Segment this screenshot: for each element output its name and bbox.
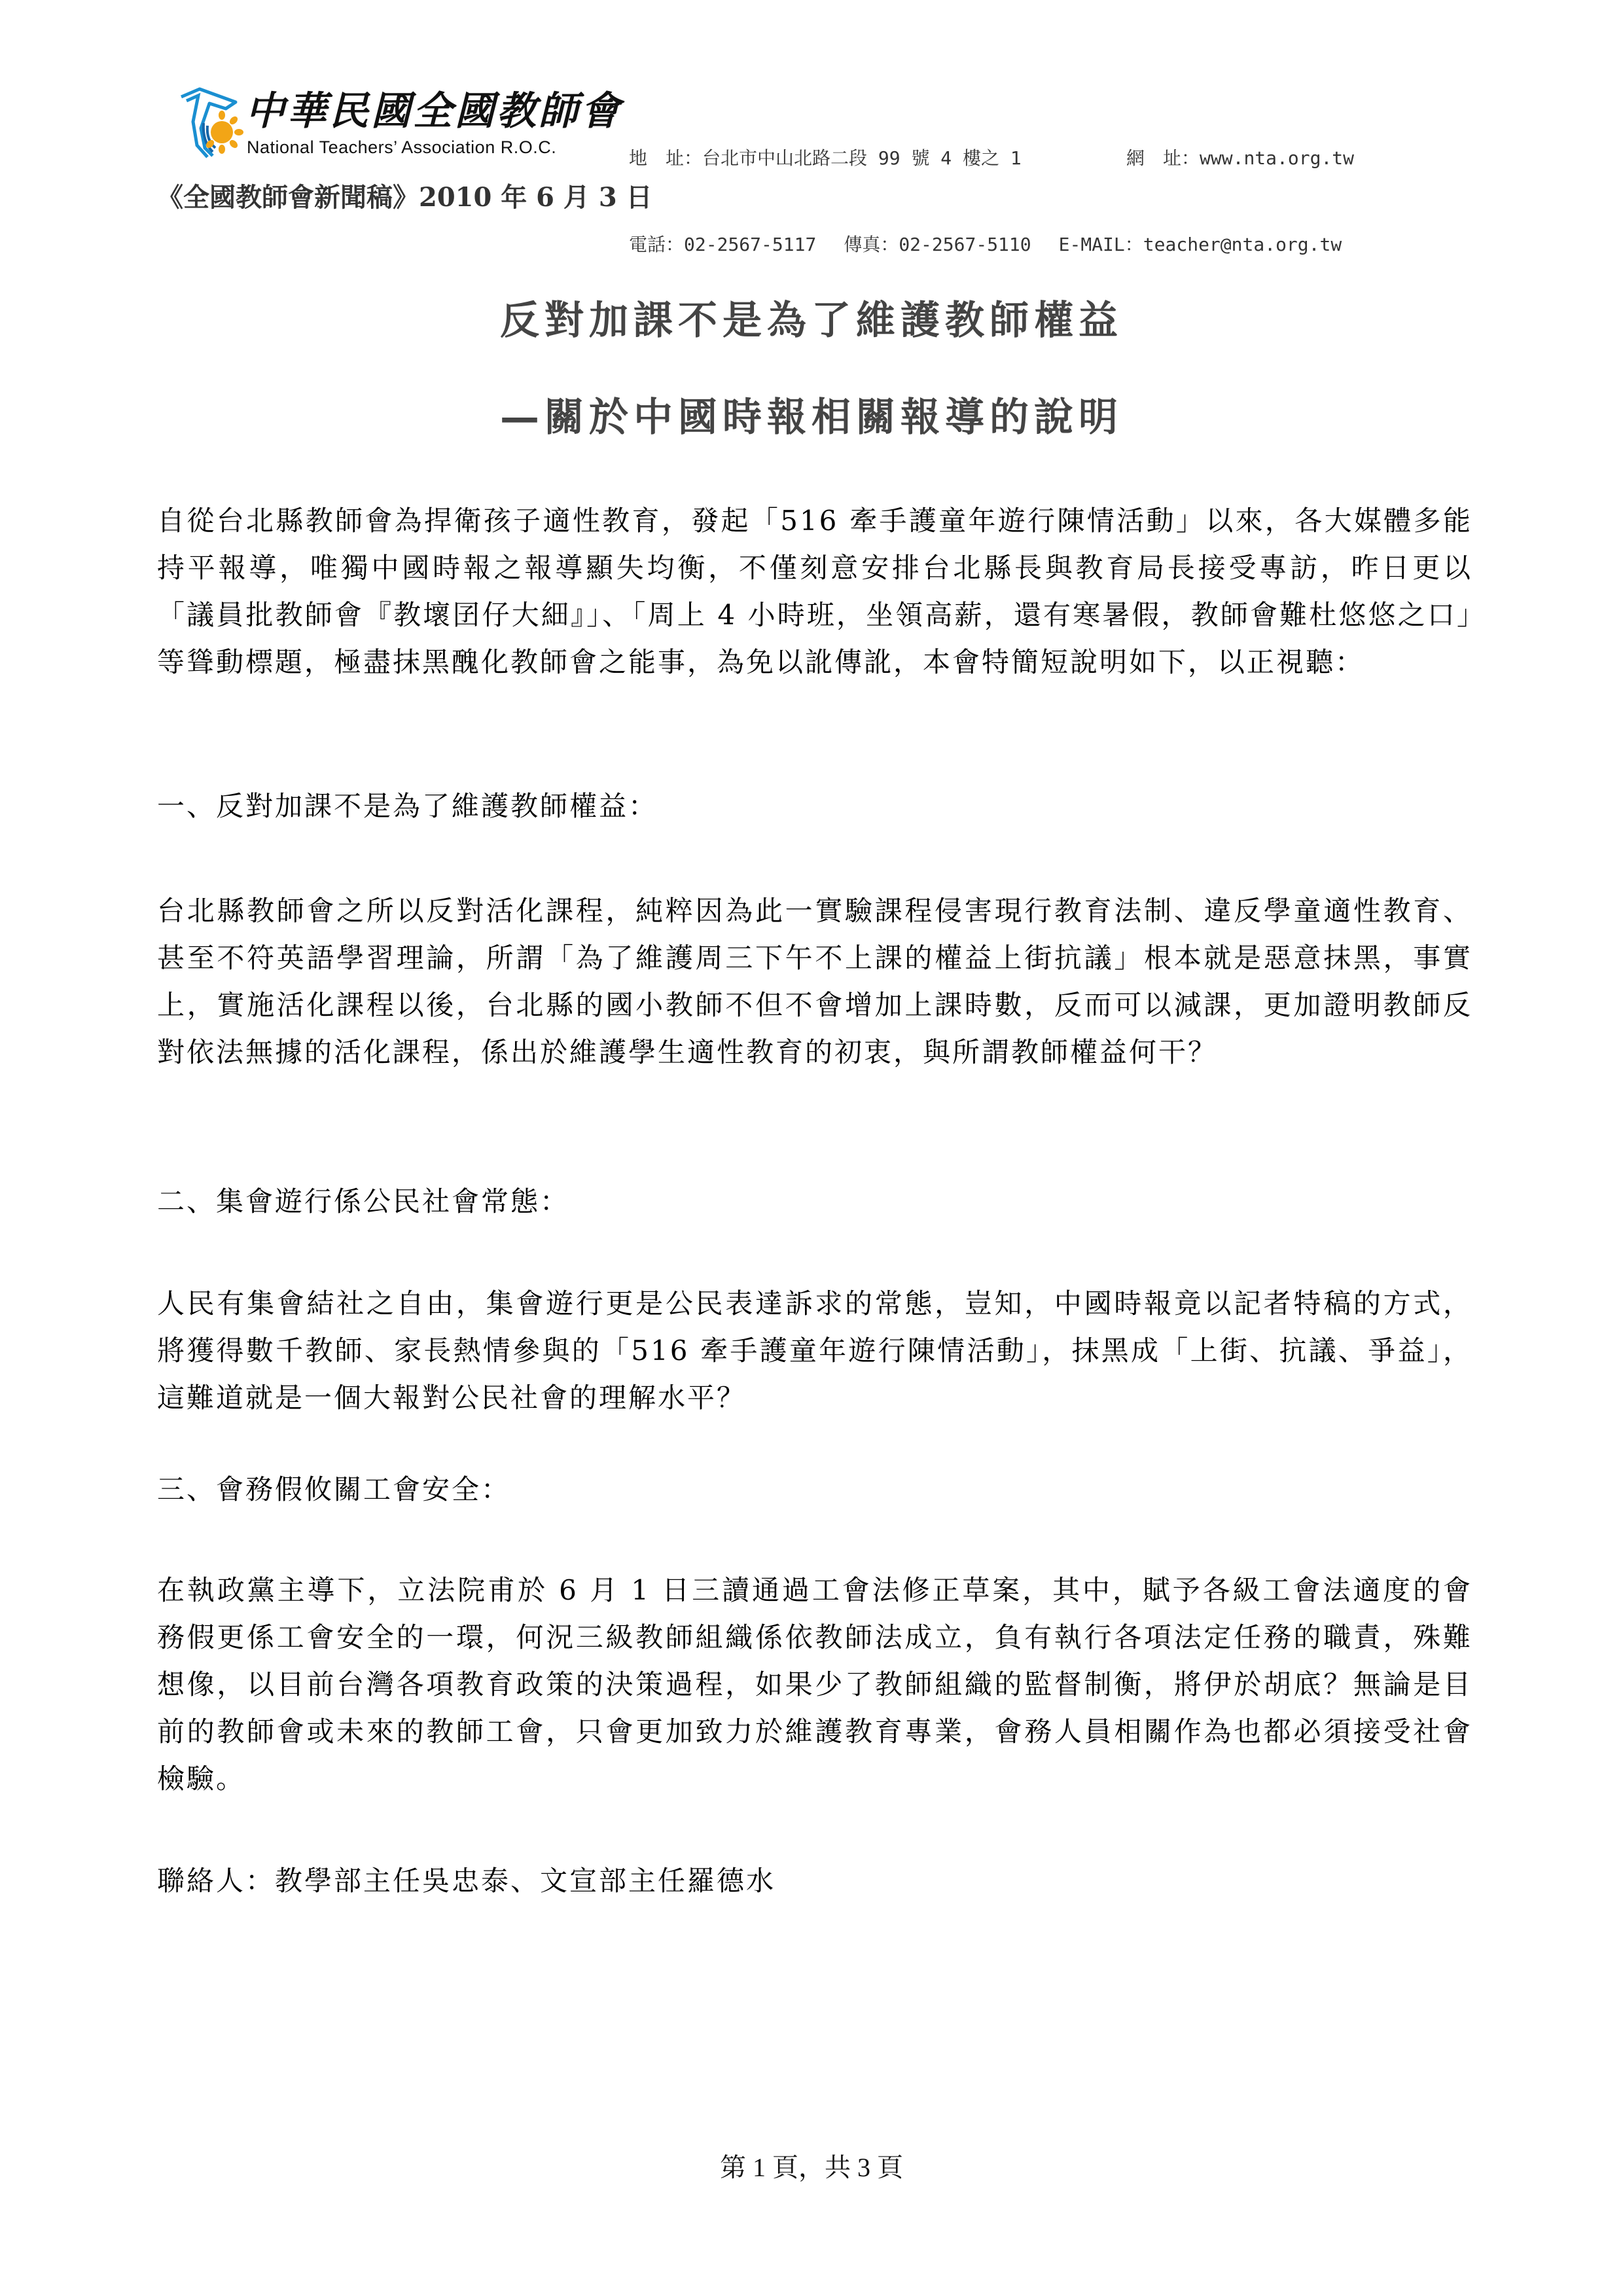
press-release-dateline: 《全國教師會新聞稿》2010 年 6 月 3 日 bbox=[157, 177, 652, 214]
fax-number: 02-2567-5110 bbox=[899, 234, 1031, 255]
website-link[interactable]: www.nta.org.tw bbox=[1200, 147, 1354, 169]
contact-info: 地 址：台北市中山北路二段 99 號 4 樓之 1 網 址：www.nta.or… bbox=[629, 86, 1354, 317]
address-label: 地 址： bbox=[629, 147, 702, 169]
page-subtitle: —關於中國時報相關報導的說明 bbox=[0, 386, 1623, 442]
email-link[interactable]: teacher@nta.org.tw bbox=[1143, 234, 1342, 255]
page-title: 反對加課不是為了維護教師權益 bbox=[0, 289, 1623, 346]
letterhead: 中華民國全國教師會 National Teachers’ Association… bbox=[167, 77, 1476, 169]
phone-label: 電話： bbox=[629, 234, 684, 255]
address: 台北市中山北路二段 99 號 4 樓之 1 bbox=[702, 147, 1022, 169]
organization-name-english: National Teachers’ Association R.O.C. bbox=[247, 137, 556, 158]
organization-logo: 中華民國全國教師會 National Teachers’ Association… bbox=[167, 77, 586, 162]
intro-paragraph: 自從台北縣教師會為捍衛孩子適性教育，發起「516 牽手護童年遊行陳情活動」以來，… bbox=[157, 497, 1472, 686]
nta-logo-icon bbox=[173, 82, 245, 161]
page-number: 第 1 頁，共 3 頁 bbox=[0, 2147, 1623, 2184]
contact-row-address: 地 址：台北市中山北路二段 99 號 4 樓之 1 網 址：www.nta.or… bbox=[629, 144, 1354, 173]
contact-row-phone: 電話：02-2567-5117 傳真：02-2567-5110 E-MAIL：t… bbox=[629, 230, 1354, 259]
section-3-heading: 三、會務假攸關工會安全： bbox=[157, 1466, 1472, 1513]
website-label: 網 址： bbox=[1126, 147, 1200, 169]
email-label: E-MAIL： bbox=[1059, 234, 1143, 255]
contact-person: 聯絡人：教學部主任吳忠泰、文宣部主任羅德水 bbox=[157, 1857, 1472, 1905]
section-2-heading: 二、集會遊行係公民社會常態： bbox=[157, 1178, 1472, 1225]
section-1-heading: 一、反對加課不是為了維護教師權益： bbox=[157, 783, 1472, 830]
section-3-paragraph: 在執政黨主導下，立法院甫於 6 月 1 日三讀通過工會法修正草案，其中，賦予各級… bbox=[157, 1567, 1472, 1803]
phone-number: 02-2567-5117 bbox=[684, 234, 816, 255]
section-2-paragraph: 人民有集會結社之自由，集會遊行更是公民表達訴求的常態，豈知，中國時報竟以記者特稿… bbox=[157, 1280, 1472, 1422]
section-1-paragraph: 台北縣教師會之所以反對活化課程，純粹因為此一實驗課程侵害現行教育法制、違反學童適… bbox=[157, 888, 1472, 1076]
fax-label: 傳真： bbox=[844, 234, 899, 255]
organization-name-chinese: 中華民國全國教師會 bbox=[245, 80, 622, 136]
